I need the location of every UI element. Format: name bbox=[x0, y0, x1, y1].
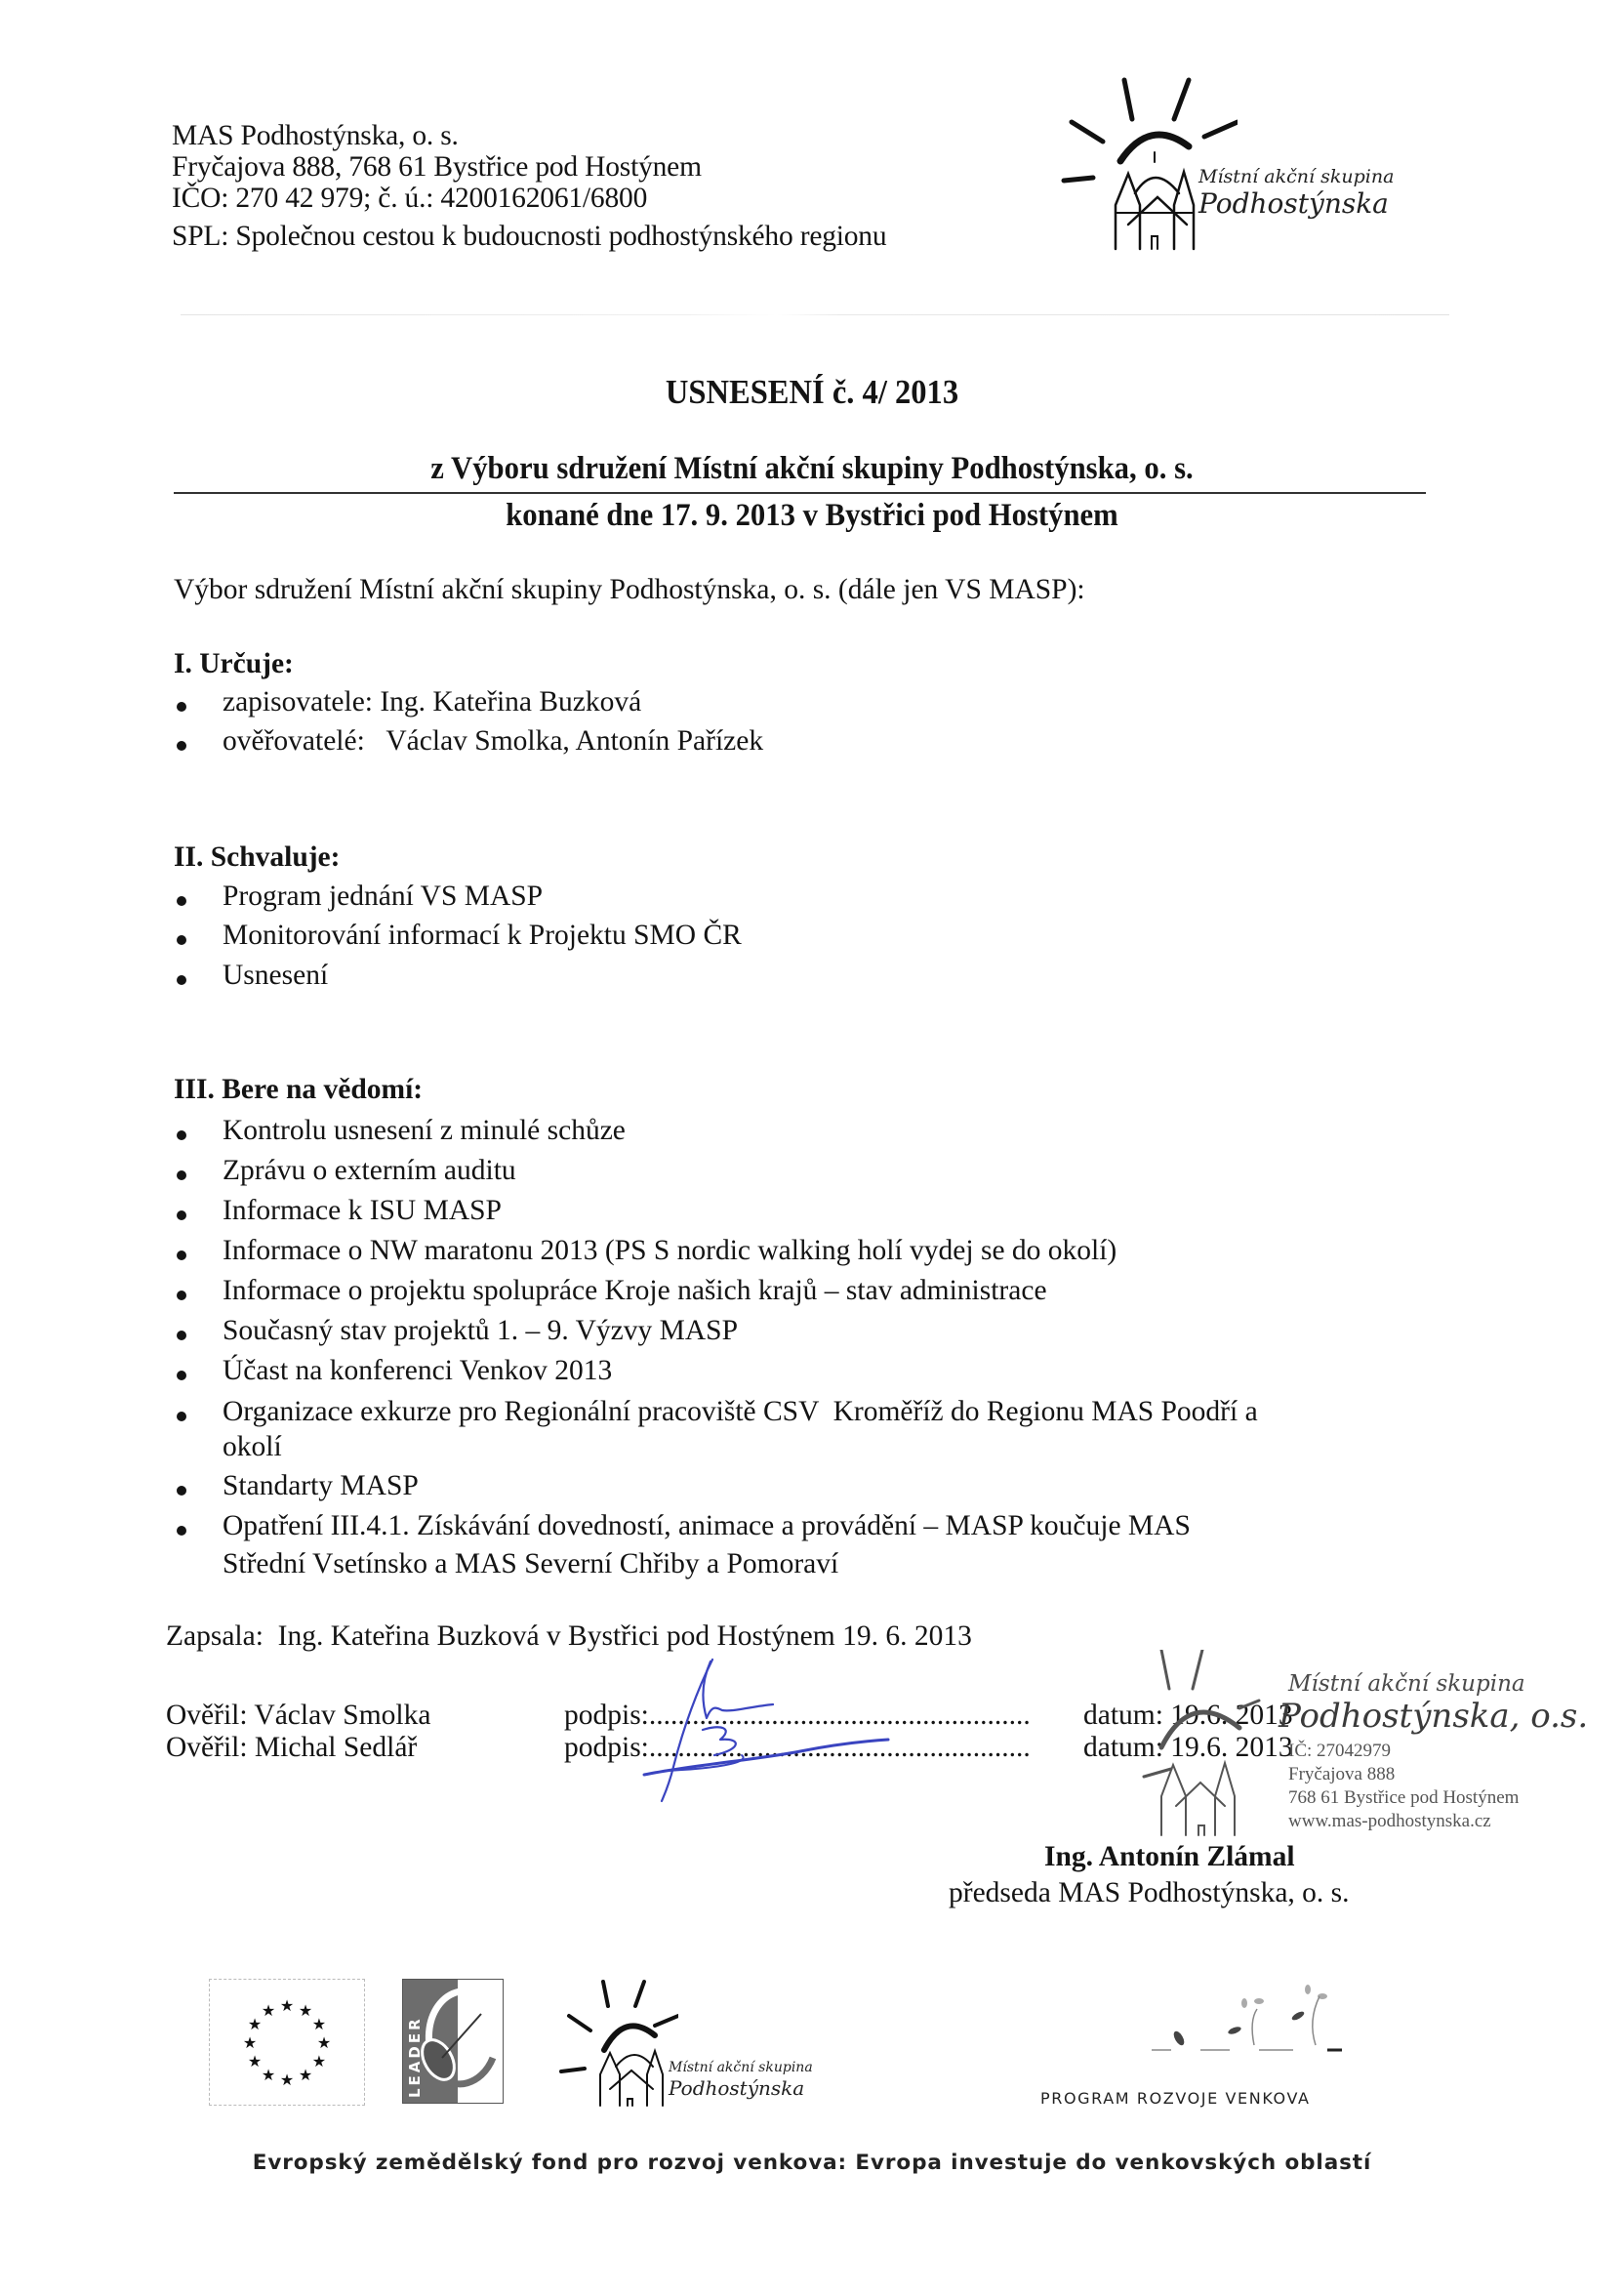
bullet-icon bbox=[177, 1291, 186, 1300]
stamp-web: www.mas-podhostynska.cz bbox=[1288, 1810, 1491, 1833]
list-item: Monitorování informací k Projektu SMO ČR bbox=[223, 920, 742, 952]
eu-flag-logo: ★★★★★★★★★★★★ bbox=[209, 1979, 365, 2106]
svg-text:★: ★ bbox=[248, 2017, 262, 2033]
bullet-icon bbox=[177, 935, 186, 945]
leader-logo: LEADER bbox=[402, 1979, 504, 2104]
svg-text:★: ★ bbox=[299, 2068, 312, 2084]
list-item-continuation: okolí bbox=[223, 1431, 282, 1463]
title-rule bbox=[174, 492, 1426, 494]
svg-text:★: ★ bbox=[262, 2003, 275, 2020]
section-heading: II. Schvaluje: bbox=[174, 841, 340, 874]
svg-text:★: ★ bbox=[312, 2017, 326, 2033]
list-item: ověřovatelé: Václav Smolka, Antonín Paří… bbox=[223, 725, 763, 758]
verifier-name: Ověřil: Michal Sedlář bbox=[166, 1732, 417, 1764]
mas-footer-line1: Místní akční skupina bbox=[669, 2060, 813, 2075]
intro-text: Výbor sdružení Místní akční skupiny Podh… bbox=[174, 574, 1085, 605]
bullet-icon bbox=[177, 896, 186, 906]
stamp-line1: Místní akční skupina bbox=[1288, 1671, 1525, 1697]
resolution-subtitle: z Výboru sdružení Místní akční skupiny P… bbox=[57, 451, 1567, 487]
bullet-icon bbox=[177, 1210, 186, 1220]
bullet-icon bbox=[177, 1130, 186, 1140]
prv-label: PROGRAM ROZVOJE VENKOVA bbox=[1040, 2089, 1311, 2108]
bullet-icon bbox=[177, 1170, 186, 1180]
bullet-icon bbox=[177, 702, 186, 712]
org-address: Fryčajova 888, 768 61 Bystřice pod Hostý… bbox=[172, 151, 702, 183]
list-item: Informace k ISU MASP bbox=[223, 1195, 502, 1227]
svg-text:★: ★ bbox=[280, 1998, 294, 2015]
recorded-by: Zapsala: Ing. Kateřina Buzková v Bystřic… bbox=[166, 1620, 972, 1653]
list-item: Opatření III.4.1. Získávání dovedností, … bbox=[223, 1510, 1191, 1542]
header-divider bbox=[181, 314, 1449, 315]
prv-logo: PROGRAM ROZVOJE VENKOVA bbox=[1005, 1982, 1376, 2099]
resolution-title: USNESENÍ č. 4/ 2013 bbox=[57, 373, 1567, 412]
svg-text:★: ★ bbox=[317, 2035, 331, 2052]
leader-emblem-icon bbox=[403, 1980, 503, 2103]
org-strategy: SPL: Společnou cestou k budoucnosti podh… bbox=[172, 221, 886, 252]
verifier-name: Ověřil: Václav Smolka bbox=[166, 1700, 430, 1732]
section-heading: III. Bere na vědomí: bbox=[174, 1074, 423, 1106]
bullet-icon bbox=[177, 1486, 186, 1496]
svg-text:★: ★ bbox=[299, 2003, 312, 2020]
eu-stars-icon: ★★★★★★★★★★★★ bbox=[210, 1980, 364, 2105]
svg-text:★: ★ bbox=[312, 2054, 326, 2070]
sun-church-icon bbox=[1042, 68, 1238, 254]
list-item: Program jednání VS MASP bbox=[223, 881, 543, 913]
chair-name: Ing. Antonín Zlámal bbox=[1044, 1841, 1295, 1873]
bullet-icon bbox=[177, 1331, 186, 1340]
list-item: Organizace exkurze pro Regionální pracov… bbox=[223, 1396, 1258, 1428]
bullet-icon bbox=[177, 1371, 186, 1380]
list-item: Informace o projektu spolupráce Kroje na… bbox=[223, 1275, 1047, 1307]
svg-text:★: ★ bbox=[280, 2072, 294, 2089]
svg-text:★: ★ bbox=[243, 2035, 257, 2052]
list-item: zapisovatele: Ing. Kateřina Buzková bbox=[223, 686, 641, 718]
handwritten-signature-icon bbox=[605, 1650, 956, 1806]
mas-logo: Místní akční skupina Podhostýnska bbox=[1042, 68, 1462, 254]
mas-footer-line2: Podhostýnska bbox=[669, 2076, 804, 2100]
org-name: MAS Podhostýnska, o. s. bbox=[172, 120, 459, 151]
list-item: Standarty MASP bbox=[223, 1470, 419, 1502]
list-item-continuation: Střední Vsetínsko a MAS Severní Chřiby a… bbox=[223, 1548, 838, 1580]
logo-line2: Podhostýnska bbox=[1198, 187, 1389, 220]
stamp-ico: IČ: 27042979 bbox=[1288, 1740, 1391, 1763]
sun-church-icon bbox=[542, 1977, 678, 2109]
stamp-line2: Podhostýnska, o.s. bbox=[1279, 1697, 1588, 1736]
stamp-street: Fryčajova 888 bbox=[1288, 1763, 1395, 1786]
bullet-icon bbox=[177, 741, 186, 751]
mas-footer-logo: Místní akční skupina Podhostýnska bbox=[542, 1977, 854, 2109]
bullet-icon bbox=[177, 1526, 186, 1536]
svg-text:★: ★ bbox=[248, 2054, 262, 2070]
logo-line1: Místní akční skupina bbox=[1198, 166, 1394, 187]
footer-slogan: Evropský zemědělský fond pro rozvoj venk… bbox=[0, 2151, 1624, 2175]
section-heading: I. Určuje: bbox=[174, 648, 294, 680]
prv-sprout-icon bbox=[1152, 1982, 1347, 2060]
list-item: Zprávu o externím auditu bbox=[223, 1155, 516, 1187]
bullet-icon bbox=[177, 1412, 186, 1421]
list-item: Kontrolu usnesení z minulé schůze bbox=[223, 1115, 626, 1147]
bullet-icon bbox=[177, 1250, 186, 1260]
stamp-city: 768 61 Bystřice pod Hostýnem bbox=[1288, 1786, 1519, 1810]
meeting-date: konané dne 17. 9. 2013 v Bystřici pod Ho… bbox=[57, 498, 1567, 534]
list-item: Současný stav projektů 1. – 9. Výzvy MAS… bbox=[223, 1315, 738, 1347]
bullet-icon bbox=[177, 975, 186, 985]
org-ids: IČO: 270 42 979; č. ú.: 4200162061/6800 bbox=[172, 183, 647, 214]
svg-text:★: ★ bbox=[262, 2068, 275, 2084]
official-stamp: Místní akční skupina Podhostýnska, o.s. … bbox=[1132, 1650, 1610, 1845]
chair-role: předseda MAS Podhostýnska, o. s. bbox=[949, 1877, 1350, 1909]
list-item: Účast na konferenci Venkov 2013 bbox=[223, 1355, 612, 1387]
stamp-logo-icon bbox=[1132, 1650, 1279, 1845]
list-item: Usnesení bbox=[223, 960, 328, 992]
list-item: Informace o NW maratonu 2013 (PS S nordi… bbox=[223, 1235, 1116, 1267]
